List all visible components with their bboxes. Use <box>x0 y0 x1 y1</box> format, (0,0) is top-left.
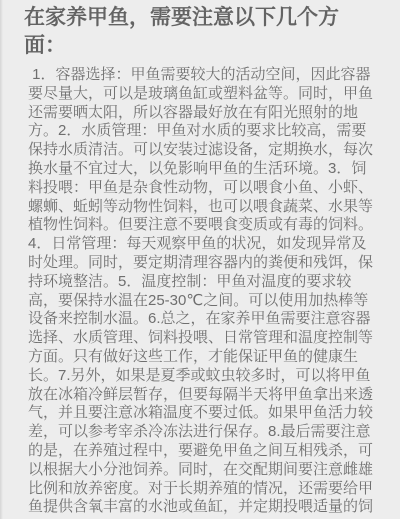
body-text: 1．容器选择：甲鱼需要较大的活动空间，因此容器要尽量大，可以是玻璃鱼缸或塑料盆等… <box>28 66 388 517</box>
text-line: 换水量不宜过大，以免影响甲鱼的生活环境。3．饲 <box>28 160 388 179</box>
text-line: 选择、水质管理、饲料投喂、日常管理和温度控制等 <box>28 329 388 348</box>
document-page: 在家养甲鱼，需要注意以下几个方面： 1．容器选择：甲鱼需要较大的活动空间，因此容… <box>0 0 400 519</box>
text-line: 保持水质清洁。可以安装过滤设备，定期换水，每次 <box>28 141 388 160</box>
text-line: 方面。只有做好这些工作，才能保证甲鱼的健康生 <box>28 348 388 367</box>
page-title: 在家养甲鱼，需要注意以下几个方面： <box>24 4 384 60</box>
text-line: 放在冰箱冷鲜层暂存，但要每隔半天将甲鱼拿出来透 <box>28 386 388 405</box>
text-line: 设备来控制水温。6.总之，在家养甲鱼需要注意容器 <box>28 310 388 329</box>
text-line: 方。2．水质管理：甲鱼对水质的要求比较高，需要 <box>28 122 388 141</box>
text-line: 1．容器选择：甲鱼需要较大的活动空间，因此容器 <box>28 66 388 85</box>
text-line: 植物性饲料。但要注意不要喂食变质或有毒的饲料。 <box>28 216 388 235</box>
text-line: 差，可以参考宰杀冷冻法进行保存。8.最后需要注意 <box>28 423 388 442</box>
text-line: 时处理。同时，要定期清理容器内的粪便和残饵，保 <box>28 254 388 273</box>
text-line: 高，要保持水温在25-30℃之间。可以使用加热棒等 <box>28 292 388 311</box>
text-line: 以根据大小分池饲养。同时，在交配期间要注意雌雄 <box>28 461 388 480</box>
text-line: 气，并且要注意冰箱温度不要过低。如果甲鱼活力较 <box>28 404 388 423</box>
text-line: 鱼提供含氧丰富的水池或鱼缸，并定期投喂适量的饲 <box>28 498 388 517</box>
text-line: 4．日常管理：每天观察甲鱼的状况，如发现异常及 <box>28 235 388 254</box>
title-line: 在家养甲鱼，需要注意以下几个方 <box>24 4 384 32</box>
text-line: 要尽量大，可以是玻璃鱼缸或塑料盆等。同时，甲鱼 <box>28 85 388 104</box>
text-line: 持环境整洁。5．温度控制：甲鱼对温度的要求较 <box>28 273 388 292</box>
text-line: 长。7.另外，如果是夏季或蚊虫较多时，可以将甲鱼 <box>28 367 388 386</box>
text-line: 还需要晒太阳，所以容器最好放在有阳光照射的地 <box>28 104 388 123</box>
text-line: 螺蛳、蚯蚓等动物性饲料，也可以喂食蔬菜、水果等 <box>28 198 388 217</box>
title-line: 面： <box>24 32 384 60</box>
left-edge-shadow <box>0 0 3 519</box>
text-line: 料投喂：甲鱼是杂食性动物，可以喂食小鱼、小虾、 <box>28 179 388 198</box>
text-line: 的是，在养殖过程中，要避免甲鱼之间互相残杀，可 <box>28 442 388 461</box>
text-line: 比例和放养密度。对于长期养殖的情况，还需要给甲 <box>28 480 388 499</box>
